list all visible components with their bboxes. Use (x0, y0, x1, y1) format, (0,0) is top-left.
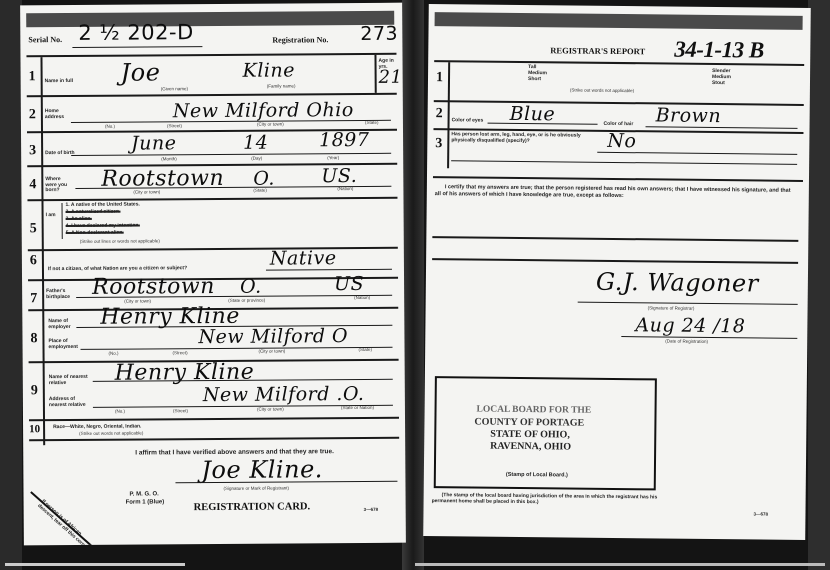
citizenship-option-2: 2. A naturalized citizen. (66, 210, 121, 216)
bracket (62, 203, 63, 239)
corner-note: If person is of African descent, tear of… (36, 499, 96, 545)
stamp-box: LOCAL BOARD FOR THE COUNTY OF PORTAGE ST… (434, 376, 657, 490)
underline (71, 153, 391, 156)
scan-artifact (5, 563, 185, 566)
nearest-relative-name: Henry Kline (115, 360, 255, 386)
field-caption: (Nation) (354, 295, 370, 300)
footer-title: REGISTRATION CARD. (194, 501, 311, 513)
registration-number: 273 (360, 23, 398, 45)
height-short: Short (528, 77, 541, 83)
stamp-line-3: STATE OF OHIO, (490, 429, 570, 441)
row-number: 8 (30, 331, 37, 347)
divider (27, 197, 397, 202)
field-caption: (Strike out words not applicable) (570, 87, 634, 93)
card-top-bar (435, 12, 803, 30)
signature-line (578, 302, 798, 305)
place-of-employment: New Milford O (198, 325, 348, 348)
registrar-signature-caption: (Signature of Registrar) (648, 305, 695, 310)
given-name: Joe (120, 58, 160, 86)
divider (27, 93, 397, 98)
hair-color-label: Color of hair (604, 122, 634, 128)
registration-label: Registration No. (272, 35, 328, 44)
registrar-report: REGISTRAR'S REPORT 34-1-13 B 1 Tall Medi… (423, 4, 811, 540)
field-caption: (City or town) (257, 407, 284, 412)
signature-caption: (Signature or Mark of Registrant) (223, 485, 289, 490)
stamp-line-2: COUNTY OF PORTAGE (474, 417, 584, 429)
row-number: 9 (31, 383, 38, 399)
exception-line (432, 258, 798, 264)
field-caption: (Strike out lines or words not applicabl… (80, 238, 160, 244)
row-number: 2 (436, 106, 443, 122)
serial-label: Serial No. (28, 35, 62, 44)
stamp-line-1: LOCAL BOARD FOR THE (476, 405, 591, 416)
field-caption: (Street) (173, 408, 188, 413)
row-number: 2 (29, 107, 36, 123)
nation-label: If not a citizen, of what Nation are you… (48, 266, 187, 272)
row-number: 4 (29, 177, 36, 193)
serial-underline (72, 46, 202, 48)
field-caption: (Day) (251, 156, 262, 161)
father-birth-nation: US (334, 273, 364, 295)
row-number: 3 (435, 136, 442, 152)
form-id: P. M. G. O. (130, 492, 159, 498)
field-caption: (No.) (115, 409, 125, 414)
divider (26, 53, 396, 58)
birthplace-label: Where were you born? (45, 177, 73, 194)
family-name: Kline (243, 59, 295, 81)
registrar-signature: G.J. Wagoner (596, 268, 759, 298)
build-stout: Stout (712, 81, 725, 87)
field-caption: (Month) (161, 156, 177, 161)
footer-code: 3—678 (364, 507, 379, 513)
birth-day: 14 (243, 132, 268, 154)
date-line (621, 336, 797, 339)
citizenship-option-1: 1. A native of the United States. (66, 203, 140, 209)
certification-text: I certify that my answers are true; that… (435, 184, 795, 201)
name-label: Name in full (45, 79, 73, 85)
registration-date: Aug 24 /18 (635, 314, 745, 337)
father-birth-state: O. (240, 276, 262, 298)
disqualification-value: No (607, 130, 636, 152)
registrant-signature: Joe Kline. (201, 455, 323, 484)
underline (646, 126, 798, 129)
birth-year: 1897 (319, 129, 370, 151)
underline (81, 347, 393, 350)
field-caption: (Nation) (337, 186, 353, 191)
row-number: 1 (436, 70, 443, 86)
citizenship-option-5: 5. A Non-declarant alien. (66, 231, 124, 237)
report-title: REGISTRAR'S REPORT (550, 45, 645, 56)
father-birthplace-label: Father's birthplace (46, 289, 74, 300)
date-caption: (Date of Registration) (665, 339, 708, 344)
birth-month: June (131, 132, 176, 154)
report-code: 34-1-13 B (674, 37, 764, 64)
citizenship-option-3: 3. An alien. (66, 217, 92, 223)
registration-card: Serial No. 2 ½ 202-D Registration No. 27… (20, 3, 406, 546)
hair-color: Brown (656, 104, 722, 127)
underline (266, 269, 392, 271)
field-caption: (State or Nation) (341, 405, 374, 410)
field-caption: (State) (253, 188, 267, 193)
row-number: 3 (29, 143, 36, 159)
employer-label: Name of employer (48, 319, 74, 330)
field-caption: (Street) (167, 123, 182, 128)
field-caption: (Family name) (267, 83, 296, 88)
field-caption: (Given name) (161, 86, 188, 91)
nation-value: Native (270, 247, 337, 269)
row-number: 1 (29, 69, 36, 85)
divider (29, 417, 399, 422)
underline (71, 120, 391, 123)
citizenship-option-4: 4. I have declared my intention. (66, 224, 140, 230)
divider (433, 176, 803, 182)
field-caption: (City or town) (259, 348, 286, 353)
divider (29, 437, 399, 442)
field-caption: (Strike out words not applicable) (79, 430, 143, 435)
field-caption: (City or town) (133, 189, 160, 194)
form-number: Form 1 (Blue) (126, 500, 165, 506)
field-caption: (Year) (327, 155, 339, 160)
field-caption: (City or town) (257, 122, 284, 127)
field-caption: (State) (365, 120, 379, 125)
row-number: 10 (29, 423, 40, 435)
stamp-line-4: RAVENNA, OHIO (490, 441, 571, 453)
stamp-note: (The stamp of the local board having jur… (432, 492, 658, 506)
citizenship-label: I am (46, 213, 56, 219)
field-caption: (No.) (105, 124, 115, 129)
home-address-label: Home address (45, 109, 71, 120)
field-caption: (Street) (173, 350, 188, 355)
field-caption: (City or town) (124, 298, 151, 303)
divider (434, 100, 804, 106)
field-caption: (No.) (109, 351, 119, 356)
row-number: 7 (30, 291, 37, 307)
divider (28, 247, 398, 252)
field-caption: (State) (359, 347, 373, 352)
underline (597, 152, 797, 155)
underline (451, 160, 797, 165)
scan-artifact (415, 563, 825, 566)
nearest-relative-address: New Milford .O. (203, 383, 365, 406)
serial-number: 2 ½ 202-D (78, 20, 194, 45)
number-column-rule (447, 62, 450, 168)
age-divider (374, 55, 376, 93)
row-number: 5 (30, 221, 37, 237)
scan-edge-left (0, 0, 22, 570)
age-value: 21 (379, 67, 403, 88)
home-address: New Milford Ohio (173, 99, 354, 122)
footer-code: 3—678 (753, 511, 768, 517)
eye-color-label: Color of eyes (452, 118, 484, 124)
stamp-caption: (Stamp of Local Board.) (506, 473, 568, 479)
relative-address-label: Address of nearest relative (49, 397, 93, 408)
birth-nation: US. (321, 165, 357, 187)
exception-line (432, 236, 798, 242)
disqualification-label: Has person lost arm, leg, hand, eye, or … (451, 132, 591, 144)
place-of-employment-label: Place of employment (48, 339, 78, 350)
scan-edge-right (808, 0, 830, 570)
nearest-relative-label: Name of nearest relative (49, 375, 93, 386)
field-caption: (State or province) (228, 298, 265, 303)
row-number: 6 (30, 253, 37, 269)
